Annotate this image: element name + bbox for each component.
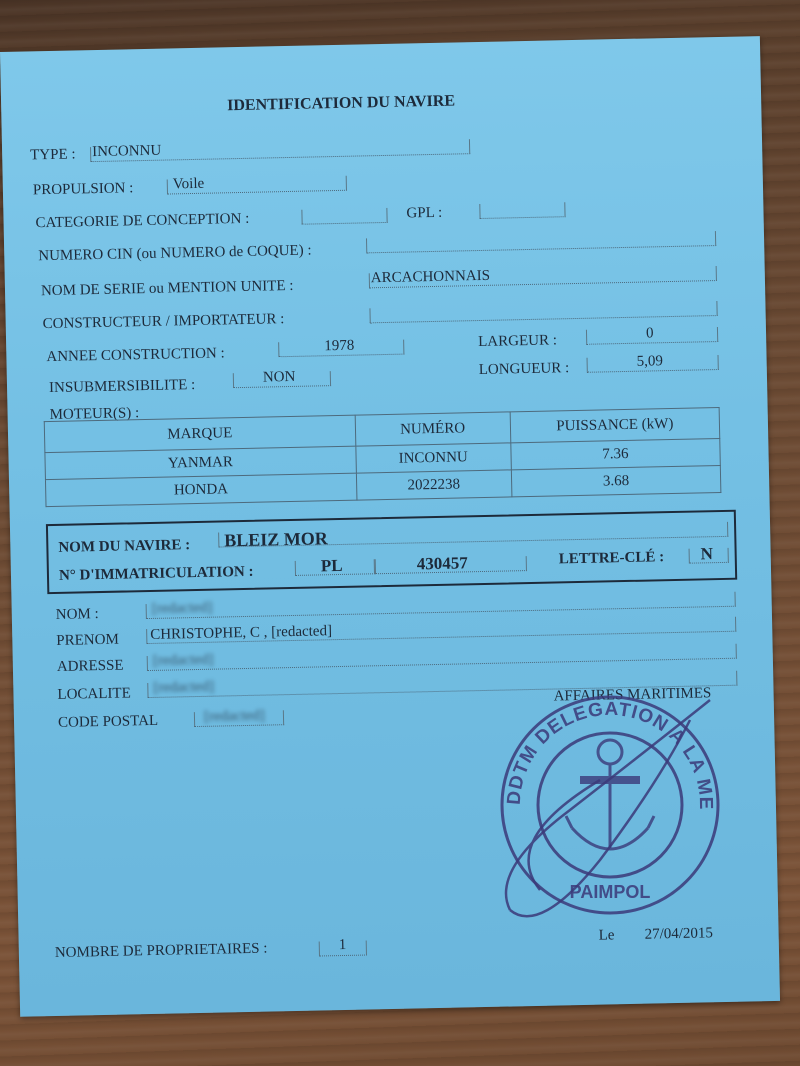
insubmersibilite-value: NON bbox=[263, 369, 296, 387]
annee-value: 1978 bbox=[324, 338, 354, 356]
prenom-value: CHRISTOPHE, C , [redacted] bbox=[150, 623, 332, 644]
document-title: IDENTIFICATION DU NAVIRE bbox=[227, 92, 455, 115]
nom-serie-label: NOM DE SERIE ou MENTION UNITE : bbox=[41, 278, 294, 300]
nombre-proprietaires-value: 1 bbox=[339, 937, 347, 954]
longueur-value: 5,09 bbox=[636, 353, 663, 371]
annee-label: ANNEE CONSTRUCTION : bbox=[46, 345, 225, 366]
stamp-city-text: PAIMPOL bbox=[570, 882, 651, 902]
gpl-label: GPL : bbox=[406, 205, 442, 223]
official-stamp: DDTM DELEGATION A LA MER ET AU LITTORAL … bbox=[480, 660, 740, 950]
adresse-label: ADRESSE bbox=[57, 658, 124, 676]
nom-navire-value: BLEIZ MOR bbox=[224, 528, 328, 551]
immat-prefix-value: PL bbox=[321, 556, 343, 576]
cell-marque: HONDA bbox=[45, 473, 356, 506]
largeur-value: 0 bbox=[646, 325, 654, 342]
numero-cin-label: NUMERO CIN (ou NUMERO de COQUE) : bbox=[38, 243, 312, 266]
localite-label: LOCALITE bbox=[57, 685, 131, 704]
type-value: INCONNU bbox=[92, 143, 162, 161]
type-label: TYPE : bbox=[30, 146, 76, 164]
immat-number-value: 430457 bbox=[417, 553, 468, 574]
cell-puissance: 3.68 bbox=[511, 466, 721, 497]
header-numero: NUMÉRO bbox=[355, 412, 511, 446]
insubmersibilite-label: INSUBMERSIBILITE : bbox=[49, 377, 196, 397]
numero-cin-field bbox=[366, 231, 716, 253]
localite-value-redacted: [redacted] bbox=[153, 679, 214, 697]
nom-value-redacted: [redacted] bbox=[152, 600, 213, 618]
code-postal-label: CODE POSTAL bbox=[58, 713, 158, 732]
code-postal-value-redacted: [redacted] bbox=[204, 708, 265, 726]
cell-numero: 2022238 bbox=[356, 470, 512, 500]
prenom-label: PRENOM bbox=[56, 632, 119, 650]
constructeur-label: CONSTRUCTEUR / IMPORTATEUR : bbox=[43, 311, 285, 333]
nom-serie-value: ARCACHONNAIS bbox=[371, 268, 491, 287]
gpl-field bbox=[479, 202, 565, 219]
categorie-field bbox=[301, 208, 387, 225]
longueur-label: LONGUEUR : bbox=[479, 360, 570, 379]
largeur-label: LARGEUR : bbox=[478, 332, 557, 351]
adresse-value-redacted: [redacted] bbox=[153, 652, 214, 670]
nom-label: NOM : bbox=[56, 606, 99, 624]
nom-field bbox=[146, 592, 736, 619]
immatriculation-label: N° D'IMMATRICULATION : bbox=[59, 564, 254, 585]
nombre-proprietaires-label: NOMBRE DE PROPRIETAIRES : bbox=[55, 941, 268, 962]
engines-table: MARQUE NUMÉRO PUISSANCE (kW) YANMAR INCO… bbox=[44, 407, 722, 507]
propulsion-value: Voile bbox=[173, 176, 205, 194]
vessel-registration-box: NOM DU NAVIRE : BLEIZ MOR N° D'IMMATRICU… bbox=[46, 510, 737, 594]
header-puissance: PUISSANCE (kW) bbox=[510, 408, 720, 443]
constructeur-field bbox=[369, 301, 717, 323]
cell-numero: INCONNU bbox=[355, 443, 511, 473]
anchor-icon bbox=[566, 740, 654, 850]
nom-navire-label: NOM DU NAVIRE : bbox=[58, 537, 190, 557]
lettre-cle-value: N bbox=[700, 544, 713, 564]
lettre-cle-label: LETTRE-CLÉ : bbox=[559, 549, 665, 568]
categorie-label: CATEGORIE DE CONCEPTION : bbox=[35, 211, 249, 232]
propulsion-label: PROPULSION : bbox=[33, 180, 134, 199]
